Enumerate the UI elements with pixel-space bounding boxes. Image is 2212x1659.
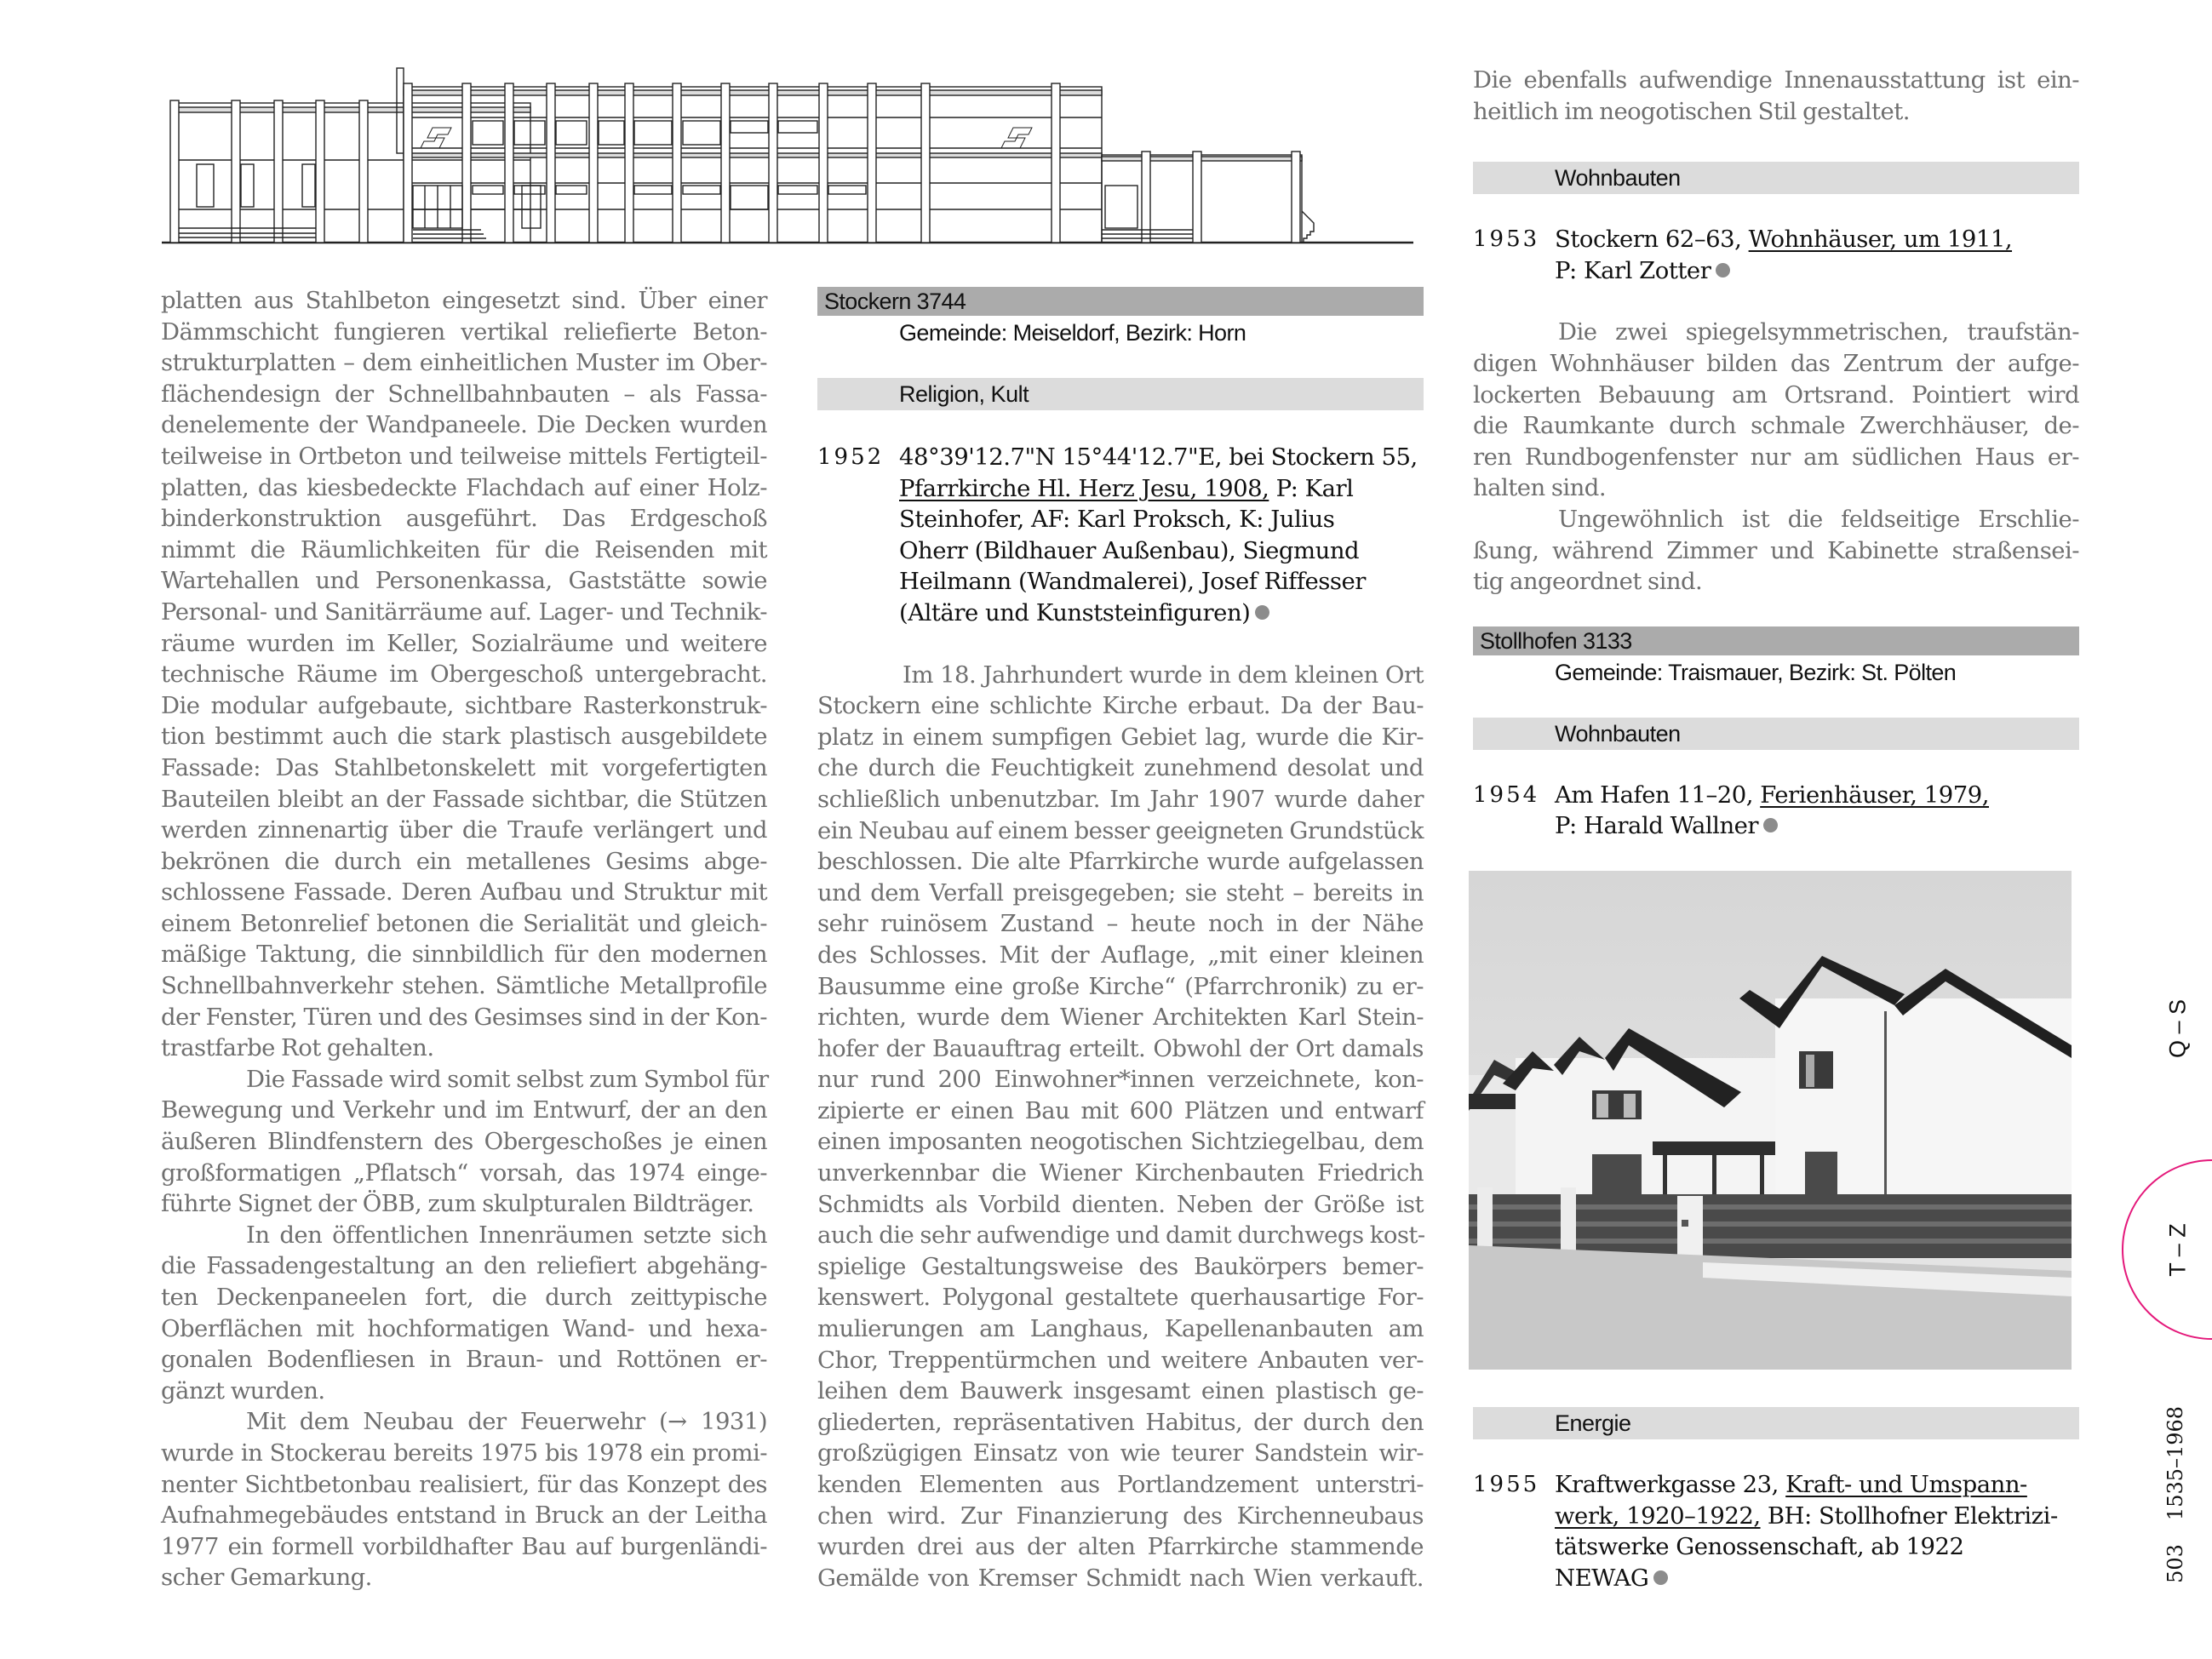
text-line: teilweise in Ortbeton und teilweise mitt…	[161, 441, 767, 472]
entry-number: 1955	[1473, 1469, 1539, 1501]
text-line: einem Betonrelief betonen die Serialität…	[161, 908, 767, 940]
text-line: nur rund 200 Einwohner*innen verzeichnet…	[817, 1064, 1424, 1096]
text-line: Schnellbahnverkehr stehen. Sämtliche Met…	[161, 970, 767, 1002]
text-line: schlossene Fassade. Deren Aufbau und Str…	[161, 877, 767, 908]
text-line: chen wird. Zur Finanzierung des Kirchenn…	[817, 1501, 1424, 1532]
building-title-link: Kraft- und Umspann-	[1785, 1471, 2027, 1498]
text-line: mulierungen am Langhaus, Kapellenanbaute…	[817, 1313, 1424, 1345]
text-line: digen Wohnhäuser bilden das Zentrum der …	[1473, 348, 2079, 380]
entry-line: Steinhofer, AF: Karl Proksch, K: Julius	[899, 504, 1424, 535]
entry-number: 1953	[1473, 224, 1539, 255]
text-line: Bewegung und Verkehr und im Entwurf, der…	[161, 1095, 767, 1126]
text-line: nenter Sichtbetonbau realisiert, für das…	[161, 1469, 767, 1501]
text-line: des Schlosses. Mit der Auflage, „mit ein…	[817, 940, 1424, 971]
text-line: lockerten Bebauung am Ortsrand. Pointier…	[1473, 380, 2079, 411]
text-line: nimmt die Räumlichkeiten für die Reisend…	[161, 535, 767, 566]
text-line: Fassade: Das Stahlbetonskelett mit vorge…	[161, 752, 767, 784]
middle-column: Stockern 3744 Gemeinde: Meiseldorf, Bezi…	[817, 287, 1424, 1593]
bullet-dot-icon	[1716, 263, 1730, 277]
text-line: zipierte er einen Bau mit 600 Plätzen un…	[817, 1096, 1424, 1127]
text-line: werden zinnenartig über die Traufe verlä…	[161, 815, 767, 846]
text-line: Schmidts als Vorbild dienten. Neben der …	[817, 1189, 1424, 1221]
text-line: und dem Verfall preisgegeben; sie steht …	[817, 878, 1424, 909]
station-elevation-drawing	[162, 66, 1413, 247]
category-header-wohnbauten: Wohnbauten	[1473, 718, 2079, 750]
intro-text: Die ebenfalls aufwendige Innenausstattun…	[1473, 65, 2079, 127]
text-line: Ungewöhnlich ist die feldseitige Erschli…	[1473, 504, 2079, 535]
text-line: einen imposanten neogotischen Sichtziege…	[817, 1126, 1424, 1158]
text-line: denelemente der Wandpaneele. Die Decken …	[161, 409, 767, 441]
text-line: die Raumkante durch schmale Zwerchhäuser…	[1473, 410, 2079, 442]
text-line: Dämmschicht fungieren vertikal reliefier…	[161, 317, 767, 348]
year-range: 1535–1968	[2163, 1399, 2187, 1527]
entry-line: Stockern 62–63, Wohnhäuser, um 1911,	[1555, 224, 2079, 255]
text-line: gliederten, repräsentativen Habitus, der…	[817, 1407, 1424, 1439]
text-line: Wartehallen und Personenkassa, Gaststätt…	[161, 565, 767, 597]
text-line: ten Deckenpaneelen fort, die durch zeitt…	[161, 1282, 767, 1313]
text-line: platz in einem sumpfigen Gebiet lag, wur…	[817, 722, 1424, 753]
text-line: Oberflächen mit hochformatigen Wand- und…	[161, 1313, 767, 1345]
left-paragraph-2: Die Fassade wird somit selbst zum Symbol…	[161, 1064, 767, 1220]
text-line: der Fenster, Türen und des Gesimses sind…	[161, 1002, 767, 1033]
text-line: che durch die Feuchtigkeit zunehmend des…	[817, 752, 1424, 784]
right-column: Die ebenfalls aufwendige Innenausstattun…	[1473, 65, 2079, 842]
text-line: ßung, während Zimmer und Kabinette straß…	[1473, 535, 2079, 567]
entry-number: 1954	[1473, 780, 1539, 811]
left-paragraph-1: platten aus Stahlbeton eingesetzt sind. …	[161, 285, 767, 1064]
book-page: platten aus Stahlbeton eingesetzt sind. …	[0, 0, 2212, 1659]
text-line: strukturplatten – dem einheitlichen Must…	[161, 347, 767, 379]
entry-line: werk, 1920–1922, BH: Stollhofner Elektri…	[1555, 1501, 2079, 1532]
entry-line: (Altäre und Kunststeinfiguren)	[899, 598, 1424, 629]
text-line: ren Rundbogenfenster nur am südlichen Ha…	[1473, 442, 2079, 473]
ferienhaeuser-photo	[1469, 871, 2072, 1370]
place-subtitle: Gemeinde: Traismauer, Bezirk: St. Pölten	[1473, 655, 2079, 689]
text-line: trastfarbe Rot gehalten.	[161, 1033, 767, 1064]
text-line: auch die sehr aufwendige und damit durch…	[817, 1220, 1424, 1251]
text-line: Aufnahmegebäudes entstand in Bruck an de…	[161, 1500, 767, 1531]
text-line: platten, das kiesbedeckte Flachdach auf …	[161, 472, 767, 504]
text-line: kenden Elementen aus Portlandzement unte…	[817, 1469, 1424, 1501]
entry-line: Oherr (Bildhauer Außenbau), Siegmund	[899, 535, 1424, 567]
text-line: technische Räume im Obergeschoß untergeb…	[161, 659, 767, 690]
text-line: tig angeordnet sind.	[1473, 566, 2079, 598]
entry-1953: 1953 Stockern 62–63, Wohnhäuser, um 1911…	[1473, 224, 2079, 286]
text-line: Mit dem Neubau der Feuerwehr (→ 1931)	[161, 1406, 767, 1438]
entry-line: Heilmann (Wandmalerei), Josef Riffesser	[899, 566, 1424, 598]
entry-line: tätswerke Genossenschaft, ab 1922	[1555, 1531, 2079, 1563]
text-line: hofer der Bauauftrag erteilt. Obwohl der…	[817, 1033, 1424, 1065]
text-line: Im 18. Jahrhundert wurde in dem kleinen …	[817, 660, 1424, 691]
text-line: die Fassadengestaltung an den reliefiert…	[161, 1250, 767, 1282]
entry-line: Kraftwerkgasse 23, Kraft- und Umspann-	[1555, 1469, 2079, 1501]
text-line: Die Fassade wird somit selbst zum Symbol…	[161, 1064, 767, 1096]
entry-1953-body-2: Ungewöhnlich ist die feldseitige Erschli…	[1473, 504, 2079, 598]
right-column-bottom: Energie 1955 Kraftwerkgasse 23, Kraft- u…	[1473, 1407, 2079, 1593]
text-line: Bausumme eine große Kirche“ (Pfarrchroni…	[817, 971, 1424, 1003]
entry-line: P: Karl Zotter	[1555, 255, 2079, 287]
text-line: äußeren Blindfenstern des Obergeschoßes …	[161, 1126, 767, 1158]
text-line: Personal- und Sanitärräume auf. Lager- u…	[161, 597, 767, 628]
entry-1952: 1952 48°39'12.7"N 15°44'12.7"E, bei Stoc…	[817, 442, 1424, 629]
text-line: bekrönen die durch ein metallenes Gesims…	[161, 846, 767, 878]
text-line: großzügigen Einsatz von wie teurer Sands…	[817, 1438, 1424, 1469]
text-line: tion bestimmt auch die stark plastisch a…	[161, 721, 767, 752]
text-line: ein Neubau auf einem besser geeigneten G…	[817, 815, 1424, 847]
place-header-stollhofen: Stollhofen 3133	[1473, 626, 2079, 655]
text-line: flächendesign der Schnellbahnbauten – al…	[161, 379, 767, 410]
thumb-tab-t-z[interactable]: T – Z	[2165, 1216, 2192, 1284]
text-line: unverkennbar die Wiener Kirchenbauten Fr…	[817, 1158, 1424, 1189]
left-paragraph-3: In den öffentlichen Innenräumen setzte s…	[161, 1220, 767, 1407]
bullet-dot-icon	[1255, 605, 1269, 620]
text-line: Chor, Treppentürmchen und weitere Anbaut…	[817, 1345, 1424, 1376]
text-line: Gemälde von Kremser Schmidt nach Wien ve…	[817, 1563, 1424, 1594]
text-line: Bauteilen bleibt an der Fassade sichtbar…	[161, 784, 767, 815]
text-line: leihen dem Bauwerk insgesamt einen plast…	[817, 1376, 1424, 1407]
text-line: In den öffentlichen Innenräumen setzte s…	[161, 1220, 767, 1251]
text-line: mäßige Taktung, die sinnbildlich für den…	[161, 939, 767, 970]
text-line: großformatigen „Pflatsch“ vorsah, das 19…	[161, 1158, 767, 1189]
text-line: gonalen Bodenfliesen in Braun- und Rottö…	[161, 1344, 767, 1376]
place-header-stockern: Stockern 3744	[817, 287, 1424, 316]
text-line: heitlich im neogotischen Stil gestaltet.	[1473, 96, 2079, 128]
text-line: 1977 ein formell vorbildhafter Bau auf b…	[161, 1531, 767, 1563]
text-line: Stockern eine schlichte Kirche erbaut. D…	[817, 690, 1424, 722]
left-paragraph-4: Mit dem Neubau der Feuerwehr (→ 1931) wu…	[161, 1406, 767, 1593]
entry-1953-body-1: Die zwei spiegelsymmetrischen, traufstän…	[1473, 317, 2079, 504]
text-line: wurde in Stockerau bereits 1975 bis 1978…	[161, 1438, 767, 1469]
category-header-wohnbauten: Wohnbauten	[1473, 162, 2079, 194]
text-line: beschlossen. Die alte Pfarrkirche wurde …	[817, 846, 1424, 878]
text-line: Die modular aufgebaute, sichtbare Raster…	[161, 690, 767, 722]
building-title-link: werk, 1920–1922,	[1555, 1502, 1761, 1530]
text-line: führte Signet der ÖBB, zum skulpturalen …	[161, 1188, 767, 1220]
building-title-link: Wohnhäuser, um 1911,	[1749, 226, 2012, 253]
text-line: gänzt wurden.	[161, 1376, 767, 1407]
building-title-link: Ferienhäuser, 1979,	[1760, 781, 1989, 809]
entry-line: P: Harald Wallner	[1555, 810, 2079, 842]
text-line: platten aus Stahlbeton eingesetzt sind. …	[161, 285, 767, 317]
category-header-energie: Energie	[1473, 1407, 2079, 1439]
category-header-religion: Religion, Kult	[817, 378, 1424, 410]
entry-1954: 1954 Am Hafen 11–20, Ferienhäuser, 1979,…	[1473, 780, 2079, 842]
text-line: sehr ruinösem Zustand – heute noch in de…	[817, 908, 1424, 940]
bullet-dot-icon	[1763, 818, 1778, 832]
entry-line: NEWAG	[1555, 1563, 2079, 1594]
page-number: 503	[2163, 1530, 2187, 1598]
text-line: schließlich unbenutzbar. Im Jahr 1907 wu…	[817, 784, 1424, 815]
text-line: halten sind.	[1473, 472, 2079, 504]
thumb-tab-q-s[interactable]: Q – S	[2165, 995, 2192, 1063]
bullet-dot-icon	[1653, 1570, 1668, 1585]
text-line: wurden drei aus der alten Pfarrkirche st…	[817, 1531, 1424, 1563]
text-line: Die ebenfalls aufwendige Innenausstattun…	[1473, 65, 2079, 96]
entry-line: Am Hafen 11–20, Ferienhäuser, 1979,	[1555, 780, 2079, 811]
text-line: richten, wurde dem Wiener Architekten Ka…	[817, 1002, 1424, 1033]
entry-line: Pfarrkirche Hl. Herz Jesu, 1908, P: Karl	[899, 473, 1424, 505]
place-subtitle: Gemeinde: Meiseldorf, Bezirk: Horn	[817, 316, 1424, 350]
middle-body-text: Im 18. Jahrhundert wurde in dem kleinen …	[817, 660, 1424, 1594]
text-line: scher Gemarkung.	[161, 1562, 767, 1593]
entry-line: 48°39'12.7"N 15°44'12.7"E, bei Stockern …	[899, 442, 1424, 473]
building-title-link: Pfarrkirche Hl. Herz Jesu, 1908,	[899, 475, 1269, 502]
text-line: spielige Gestaltungsweise des Baukörpers…	[817, 1251, 1424, 1283]
entry-number: 1952	[817, 442, 884, 473]
text-line: binderkonstruktion ausgeführt. Das Erdge…	[161, 503, 767, 535]
text-line: kenswert. Polygonal gestaltete querhausa…	[817, 1282, 1424, 1313]
entry-1955: 1955 Kraftwerkgasse 23, Kraft- und Umspa…	[1473, 1469, 2079, 1593]
left-column: platten aus Stahlbeton eingesetzt sind. …	[161, 285, 767, 1593]
text-line: räume wurden im Keller, Sozialräume und …	[161, 628, 767, 660]
text-line: Die zwei spiegelsymmetrischen, traufstän…	[1473, 317, 2079, 348]
